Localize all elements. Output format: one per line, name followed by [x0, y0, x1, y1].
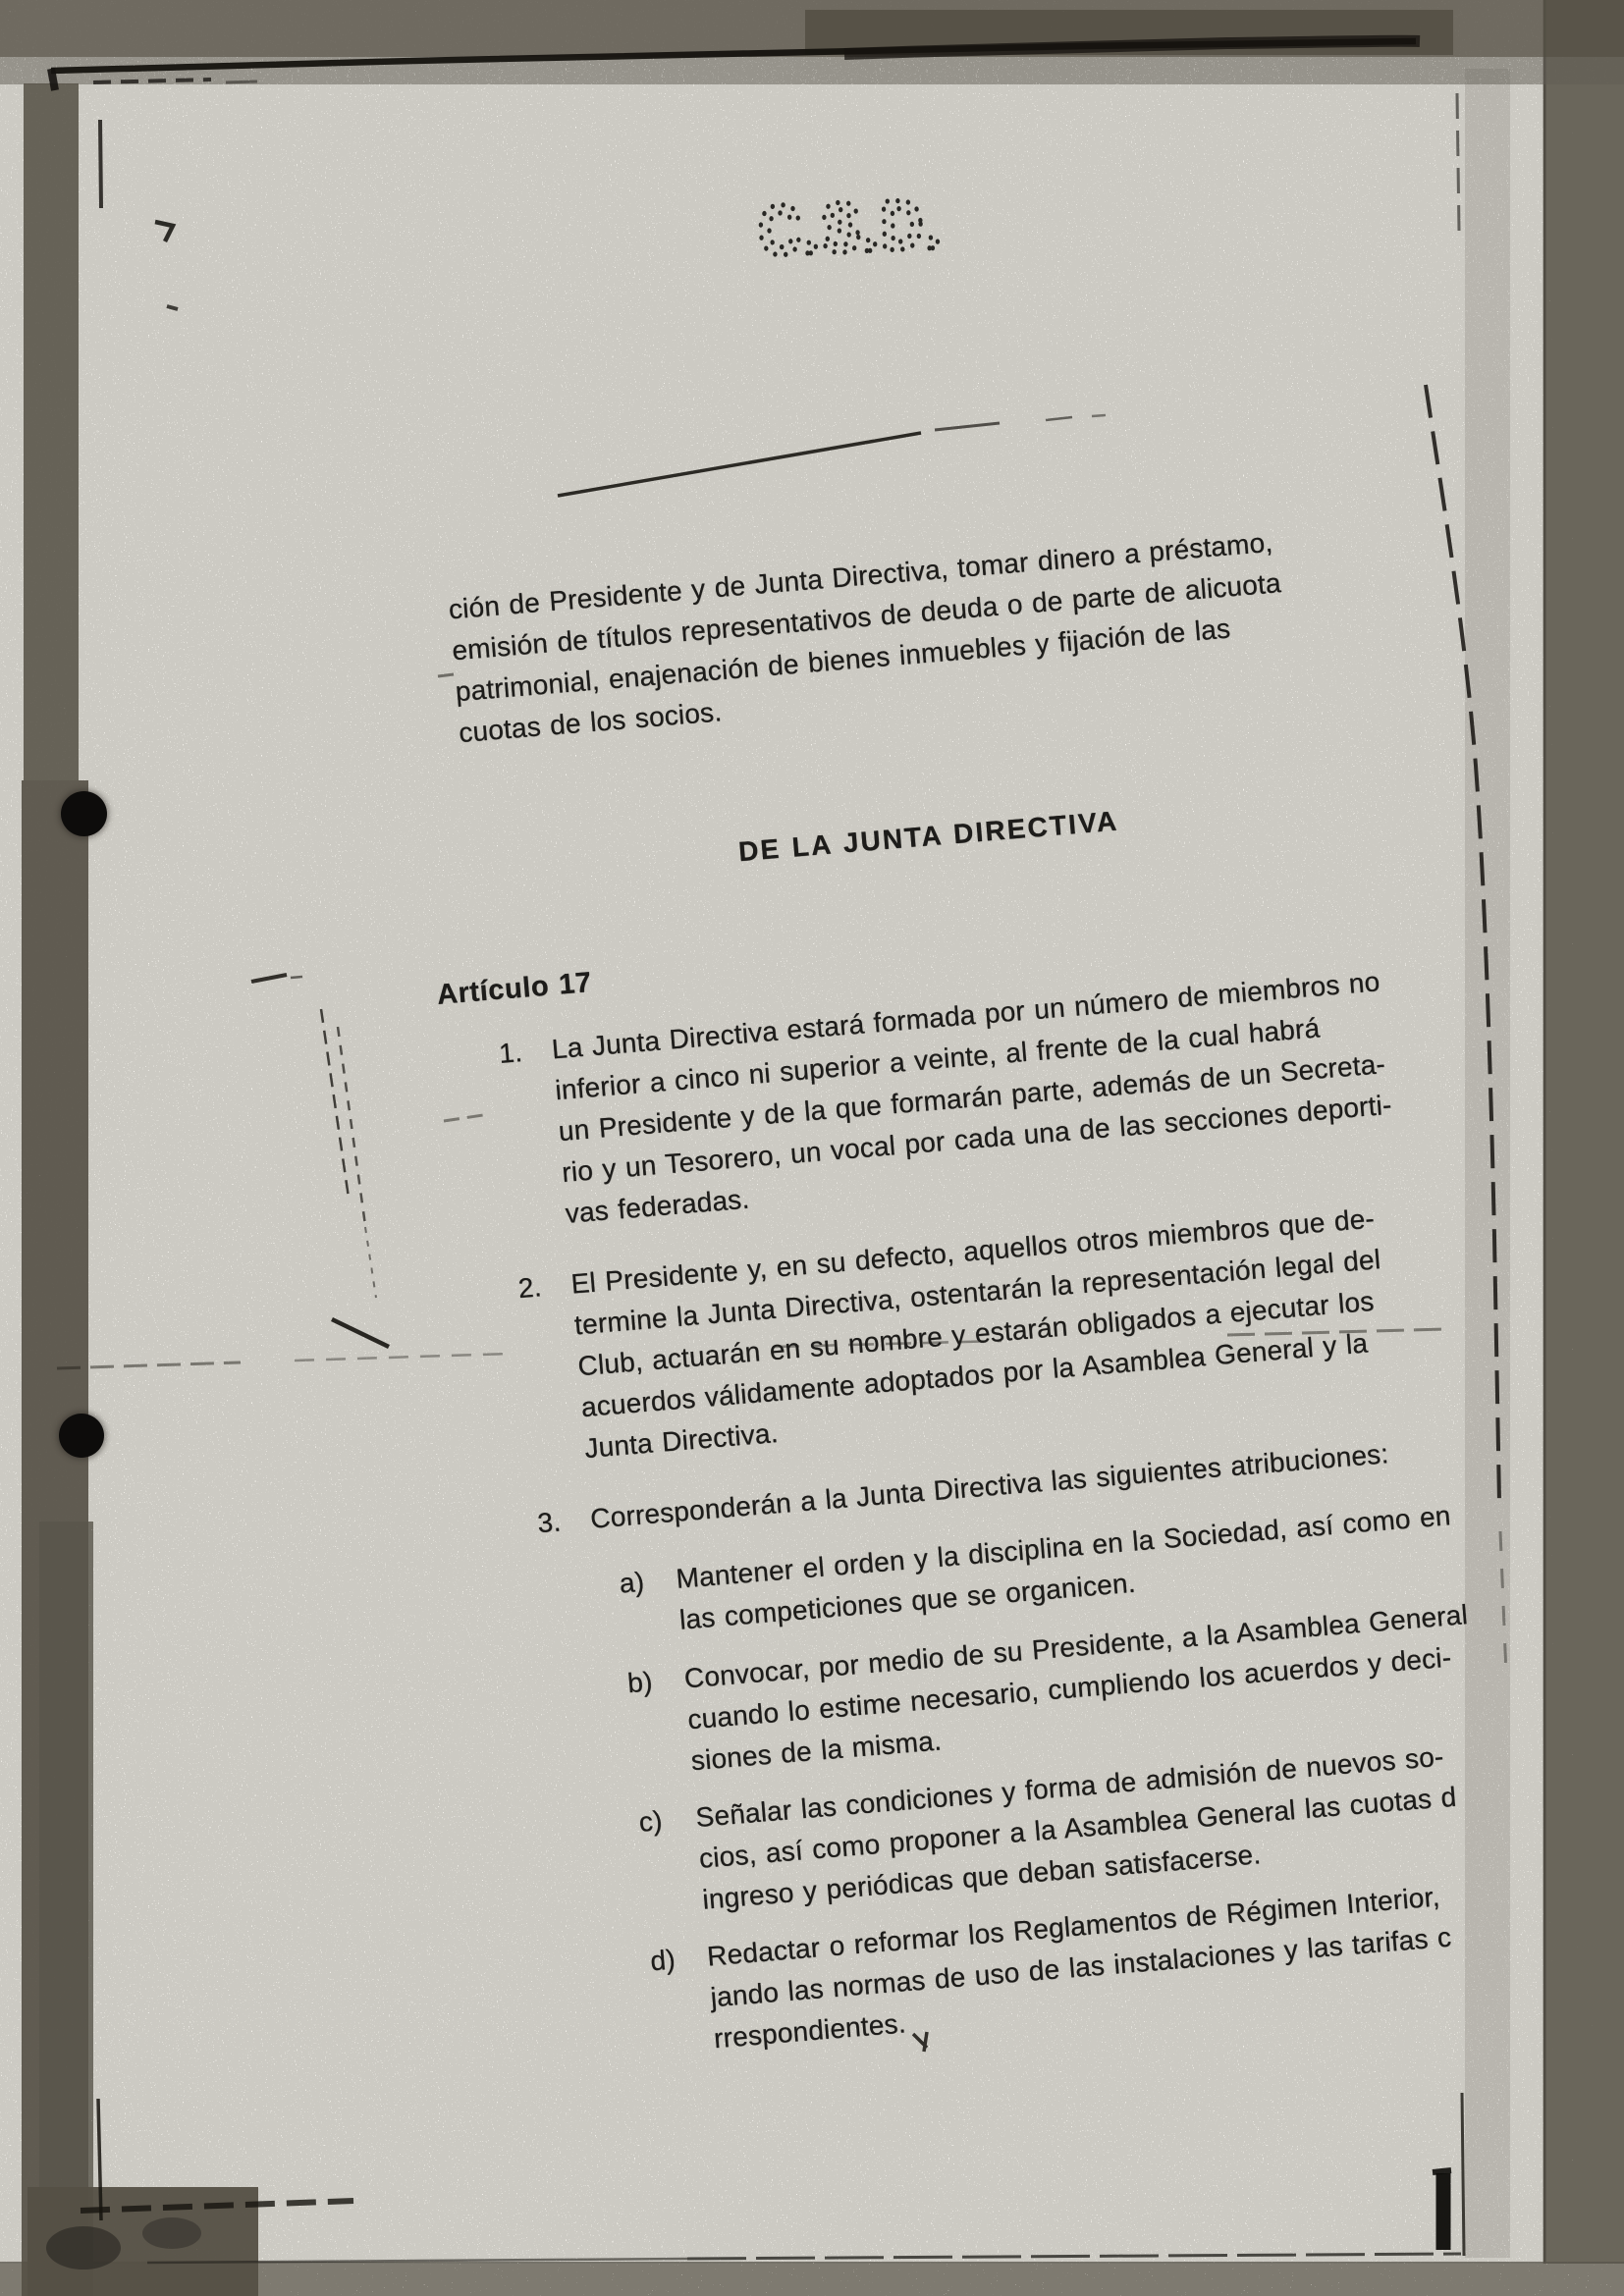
scanned-document-page: C.S.D. ción de Presidente y de Junta Dir… — [0, 0, 1624, 2296]
noise-band-left-upper — [24, 83, 79, 780]
item-marker: 3. — [536, 1501, 563, 1544]
dash-near-article-2 — [291, 977, 302, 978]
csd-dotted-stamp: C.S.D. — [749, 175, 995, 302]
noise-band-top-faint — [0, 57, 1624, 84]
document-body: ción de Presidente y de Junta Directiva,… — [390, 501, 1624, 2077]
blot-bottom-left — [46, 2226, 121, 2269]
csd-stamp-text: C.S.D. — [757, 185, 944, 271]
item-marker: d) — [649, 1939, 677, 1982]
item-marker: 1. — [498, 1032, 524, 1075]
blot-bottom-left-2 — [142, 2217, 201, 2249]
hole-punch-bottom — [59, 1414, 104, 1458]
item-marker: a) — [618, 1562, 646, 1605]
crease-dash-3 — [1092, 415, 1106, 416]
bottom-right-bracket-top — [1433, 2170, 1451, 2172]
hole-punch-top — [61, 791, 107, 836]
item-marker: c) — [637, 1800, 664, 1843]
item-marker: b) — [626, 1661, 655, 1704]
top-left-corner-stub — [51, 69, 55, 90]
top-dashed-line-2 — [226, 81, 257, 82]
section-heading: DE LA JUNTA DIRECTIVA — [736, 763, 1560, 875]
bottom-right-vertical — [1462, 2093, 1464, 2256]
item-marker: 2. — [516, 1266, 543, 1309]
noise-band-left-extra — [39, 1522, 93, 2296]
stray-vertical-tick — [100, 120, 101, 208]
